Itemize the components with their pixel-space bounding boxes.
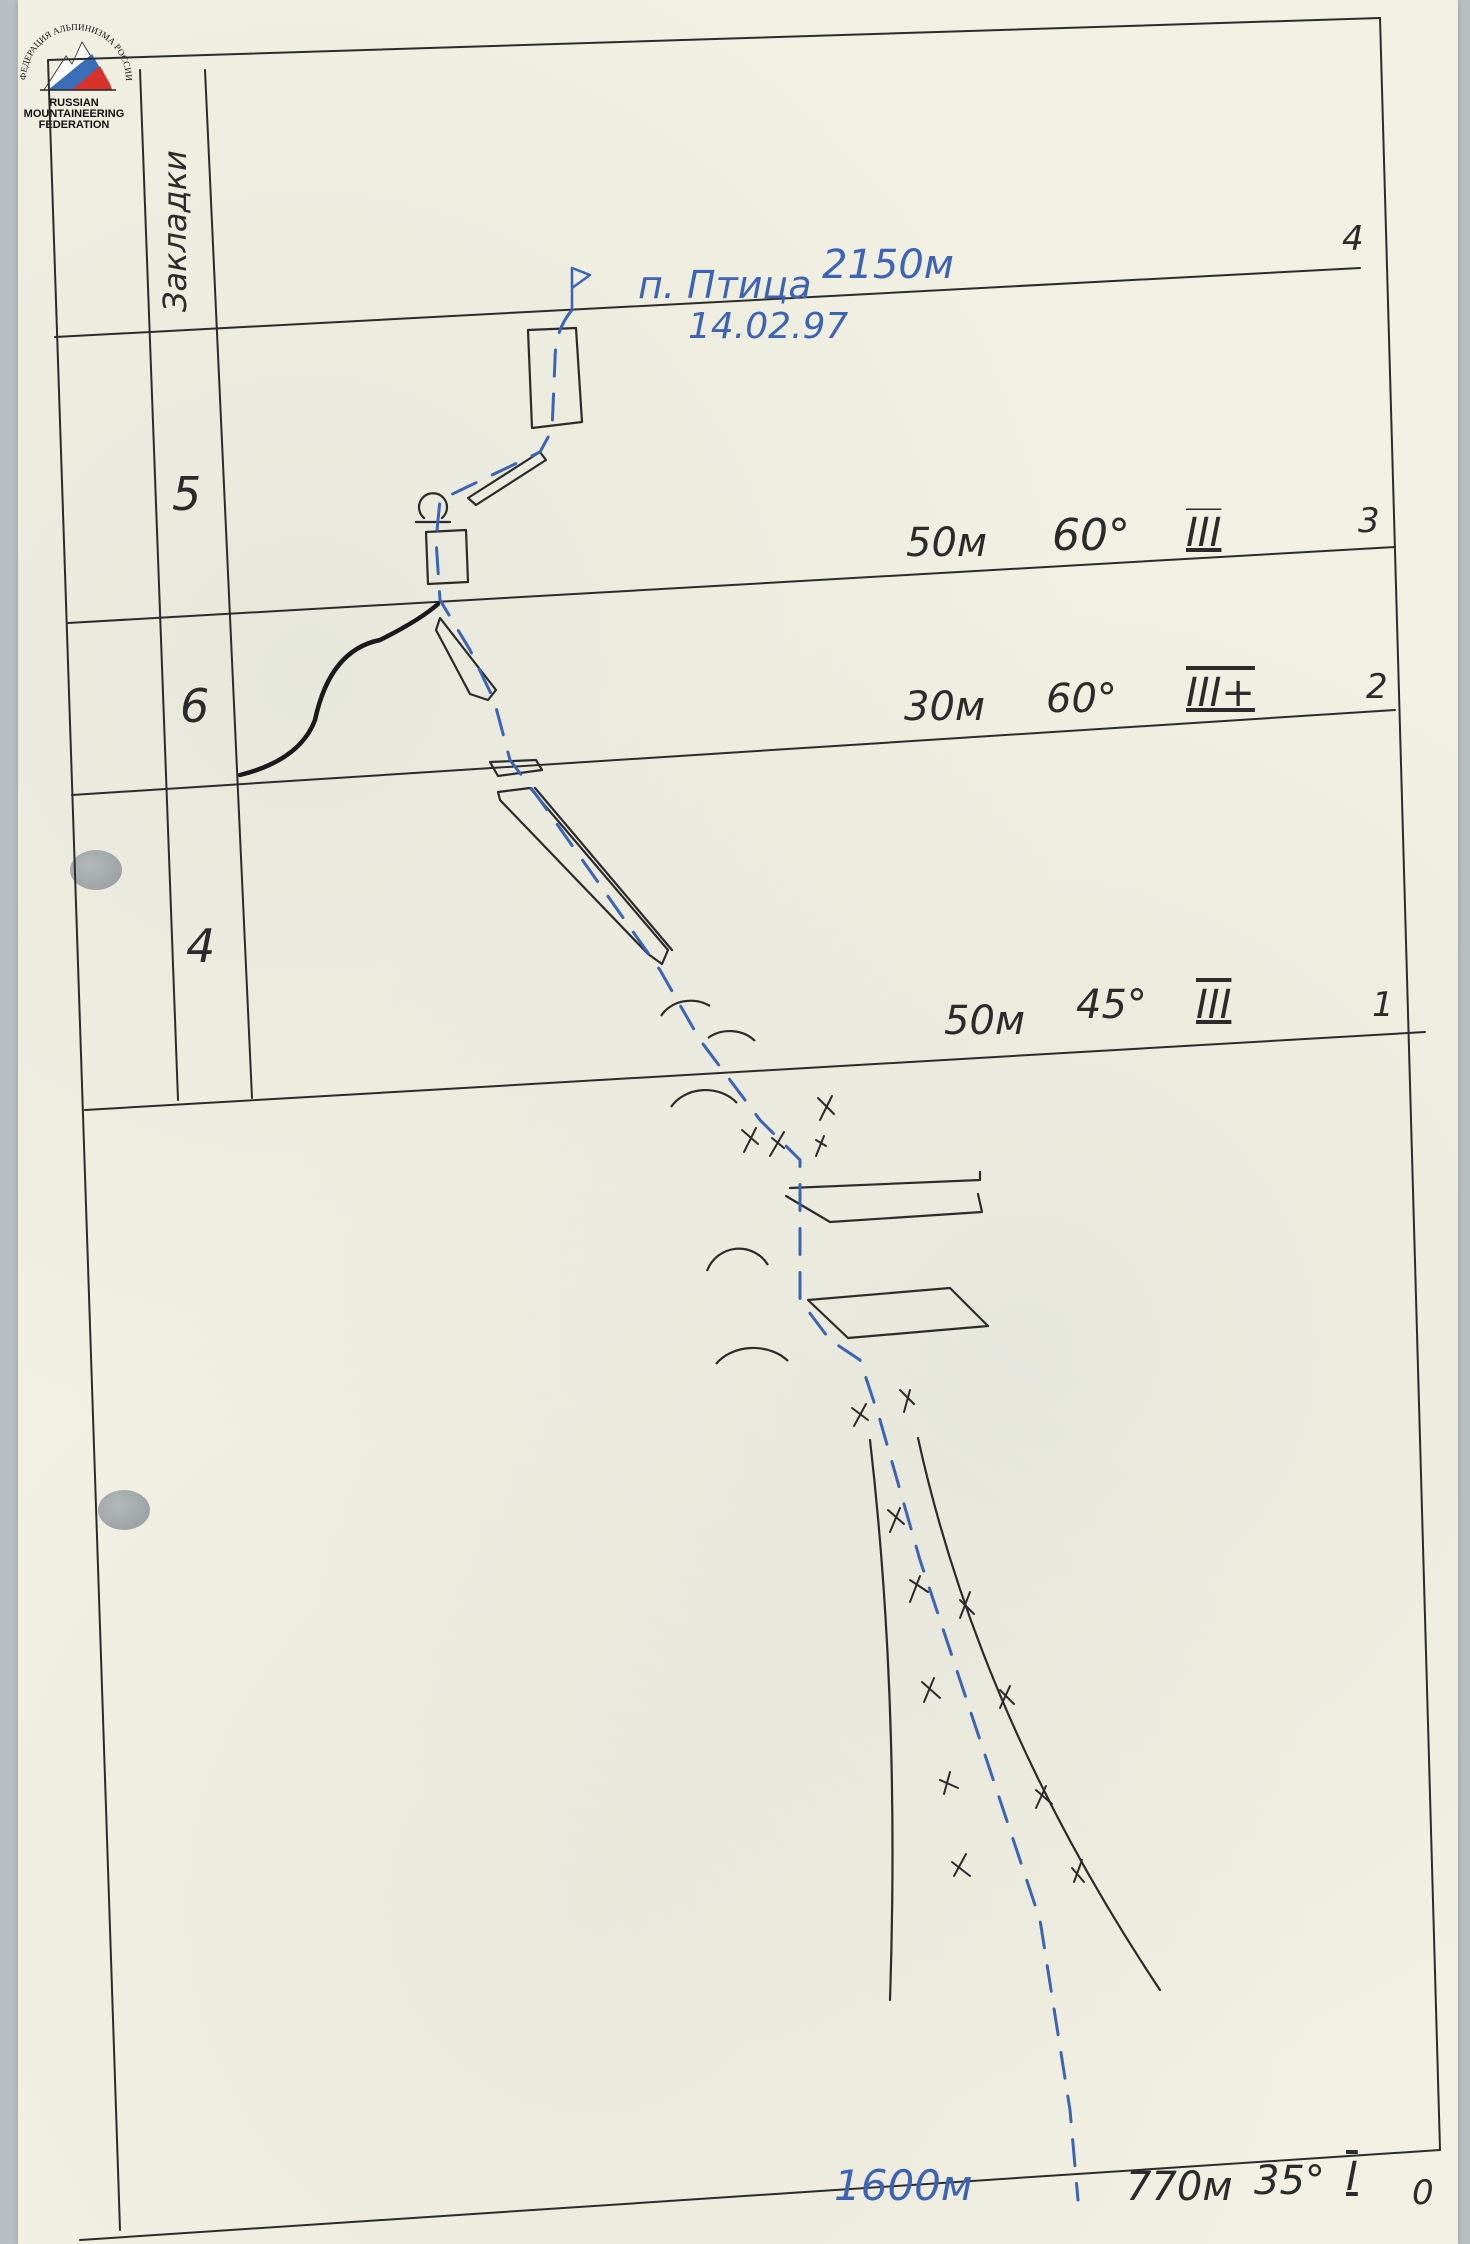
section-1-grade: III [1196, 982, 1231, 1028]
frame-left-line [48, 60, 120, 2230]
section-number-3: 3 [1358, 501, 1380, 541]
section-number-2: 2 [1366, 667, 1388, 707]
section-line-1 [85, 1032, 1425, 1110]
summit-flag-icon [572, 268, 590, 310]
section-0-angle: 35° [1254, 2158, 1325, 2204]
overhang-1 [786, 1172, 982, 1222]
column-header-bookmarks: Закладки [156, 150, 194, 312]
section-0-grade: I [1346, 2154, 1358, 2200]
column-value-section-3: 5 [172, 467, 201, 521]
column-value-section-1: 4 [186, 919, 215, 973]
couloir-left-wall [870, 1440, 893, 2000]
section-3-info: 50м 60° III [906, 510, 1221, 566]
chimney-2-inner [535, 788, 672, 950]
belay-anchor-icon [416, 493, 450, 522]
ice-bulges [661, 1001, 788, 1364]
rock-block-middle [426, 530, 468, 584]
overhang-2 [808, 1288, 988, 1338]
section-1-angle: 45° [1076, 982, 1147, 1028]
summit-altitude: 2150м [822, 242, 954, 288]
couloir-right-wall [918, 1438, 1160, 1990]
summit-date: 14.02.97 [688, 306, 848, 347]
section-number-0: 0 [1412, 2173, 1434, 2213]
section-2-grade: III+ [1186, 670, 1255, 716]
ridge-slab [468, 452, 546, 505]
summit-name: п. Птица [638, 263, 812, 307]
frame-bottom-line [80, 2150, 1440, 2240]
rock-features [416, 328, 1160, 2000]
scree-markers [742, 1096, 1084, 1882]
route-topo-diagram: п. Птица 2150м 14.02.97 Закладки 5 6 4 4… [0, 0, 1470, 2244]
section-1-info: 50м 45° III [944, 982, 1231, 1044]
frame-right-line [1380, 18, 1440, 2150]
section-number-4: 4 [1342, 219, 1364, 259]
chimney-2 [498, 788, 668, 964]
descent-path [240, 604, 438, 775]
section-2-info: 30м 60° III+ [904, 670, 1255, 730]
section-2-angle: 60° [1046, 676, 1117, 722]
section-0-length: 770м [1126, 2164, 1233, 2210]
section-3-length: 50м [906, 520, 987, 566]
section-line-3 [68, 547, 1395, 623]
grid-lines [48, 18, 1440, 2240]
section-line-2 [72, 710, 1395, 795]
section-3-grade: III [1186, 510, 1221, 556]
base-altitude: 1600м [834, 2161, 973, 2210]
section-1-length: 50м [944, 998, 1025, 1044]
rock-block-top [528, 328, 582, 428]
section-2-length: 30м [904, 684, 985, 730]
section-3-angle: 60° [1052, 510, 1130, 561]
section-number-1: 1 [1372, 985, 1394, 1025]
column-value-section-2: 6 [180, 679, 209, 733]
frame-top-line [48, 18, 1380, 60]
